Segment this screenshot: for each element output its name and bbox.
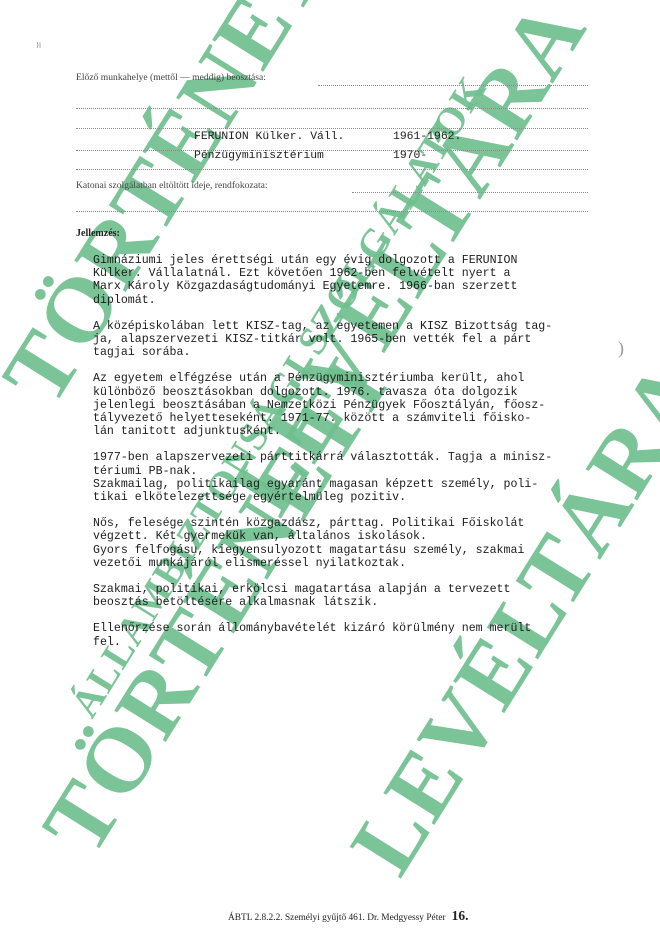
- characterization-paragraph: Ellenőrzése során állománybavételét kizá…: [93, 622, 633, 648]
- characterization-paragraph: Nős, felesége szintén közgazdász, pártta…: [93, 517, 633, 570]
- characterization-paragraph: 1977-ben alapszervezeti párttitkárrá vál…: [93, 451, 633, 504]
- reference-text: ÁBTL 2.8.2.2. Személyi gyűjtő 461. Dr. M…: [228, 913, 446, 923]
- document-page: ÁLLAMBIZTONSÁGI SZOLGÁLATOK TÖRTÉNETI TÖ…: [0, 0, 660, 934]
- previous-workplace-label: Előző munkahelye (mettől — meddig) beosz…: [76, 72, 270, 83]
- dotted-line: [352, 191, 588, 193]
- dotted-line: [76, 107, 588, 109]
- margin-bracket: ): [618, 338, 624, 359]
- workplace-2-period: 1970-: [393, 150, 427, 162]
- workplace-2-name: Pénzügyminisztérium: [194, 150, 324, 162]
- characterization-paragraph: Az egyetem elfégzése után a Pénzügyminis…: [93, 372, 633, 438]
- workplace-1-period: 1961-1962.: [393, 131, 461, 143]
- characterization-paragraph: Gimnáziumi jeles érettségi után egy évig…: [93, 254, 633, 307]
- margin-mark: ⁾ˡ: [36, 40, 41, 55]
- dotted-line: [76, 127, 588, 129]
- characterization-paragraph: Szakmai, politikai, erkölcsi magatartása…: [93, 583, 633, 609]
- archive-reference: ÁBTL 2.8.2.2. Személyi gyűjtő 461. Dr. M…: [228, 908, 468, 924]
- dotted-line: [76, 168, 588, 170]
- workplace-1-name: FERUNION Külker. Váll.: [194, 131, 344, 143]
- dotted-line: [318, 84, 588, 86]
- dotted-line: [76, 149, 588, 151]
- characterization-heading: Jellemzés:: [76, 228, 120, 239]
- military-service-label: Katonai szolgálatban eltöltött ideje, re…: [76, 180, 272, 191]
- characterization-paragraph: A középiskolában lett KISZ-tag, az egyet…: [93, 320, 633, 360]
- characterization-text: Gimnáziumi jeles érettségi után egy évig…: [93, 254, 633, 662]
- page-number: 16.: [452, 908, 469, 923]
- dotted-line: [76, 210, 588, 212]
